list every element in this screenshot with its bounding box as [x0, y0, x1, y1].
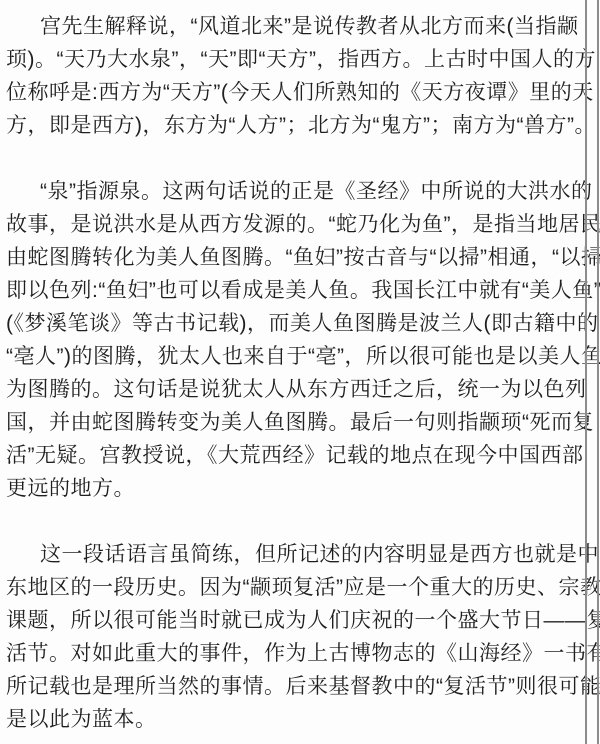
document-page: 宫先生解释说，“风道北来”是说传教者从北方而来(当指颛 顼)。“天乃大水泉”，“…: [0, 0, 600, 744]
text-line: 活”无疑。宫教授说，《大荒西经》记载的地点在现今中国西部: [6, 439, 580, 472]
paragraph-2: “泉”指源泉。这两句话说的正是《圣经》中所说的大洪水的 故事，是说洪水是从西方发…: [6, 175, 580, 505]
article-text: 宫先生解释说，“风道北来”是说传教者从北方而来(当指颛 顼)。“天乃大水泉”，“…: [6, 10, 580, 736]
text-line: 东地区的一段历史。因为“颛顼复活”应是一个重大的历史、宗教: [6, 571, 580, 604]
text-line: 宫先生解释说，“风道北来”是说传教者从北方而来(当指颛: [6, 10, 580, 43]
right-rule-inner: [597, 0, 599, 744]
text-line: 即以色列:“鱼妇”也可以看成是美人鱼。我国长江中就有“美人鱼”: [6, 274, 580, 307]
text-line: 更远的地方。: [6, 472, 580, 505]
text-line: 为图腾的。这句话是说犹太人从东方西迁之后，统一为以色列: [6, 373, 580, 406]
text-line: “亳人”)的图腾，犹太人也来自于“亳”，所以很可能也是以美人鱼: [6, 340, 580, 373]
text-line: 课题，所以很可能当时就已成为人们庆祝的一个盛大节日——复: [6, 604, 580, 637]
text-line: 方，即是西方)，东方为“人方”；北方为“鬼方”；南方为“兽方”。: [6, 109, 580, 142]
paragraph-3: 这一段话语言虽简练，但所记述的内容明显是西方也就是中 东地区的一段历史。因为“颛…: [6, 538, 580, 736]
text-line: 活节。对如此重大的事件，作为上古博物志的《山海经》一书有: [6, 637, 580, 670]
text-line: 是以此为蓝本。: [6, 703, 580, 736]
text-line: 顼)。“天乃大水泉”，“天”即“天方”，指西方。上古时中国人的方: [6, 43, 580, 76]
text-line: 由蛇图腾转化为美人鱼图腾。“鱼妇”按古音与“以掃”相通，“以掃”: [6, 241, 580, 274]
text-line: 故事，是说洪水是从西方发源的。“蛇乃化为鱼”，是指当地居民: [6, 208, 580, 241]
text-line: “泉”指源泉。这两句话说的正是《圣经》中所说的大洪水的: [6, 175, 580, 208]
text-line: 这一段话语言虽简练，但所记述的内容明显是西方也就是中: [6, 538, 580, 571]
text-line: 位称呼是:西方为“天方”(今天人们所熟知的《天方夜谭》里的天: [6, 76, 580, 109]
right-rule-outer: [585, 0, 587, 744]
text-line: 国，并由蛇图腾转变为美人鱼图腾。最后一句则指颛顼“死而复: [6, 406, 580, 439]
paragraph-1: 宫先生解释说，“风道北来”是说传教者从北方而来(当指颛 顼)。“天乃大水泉”，“…: [6, 10, 580, 142]
text-line: (《梦溪笔谈》等古书记载)，而美人鱼图腾是波兰人(即古籍中的: [6, 307, 580, 340]
text-line: 所记载也是理所当然的事情。后来基督教中的“复活节”则很可能: [6, 670, 580, 703]
